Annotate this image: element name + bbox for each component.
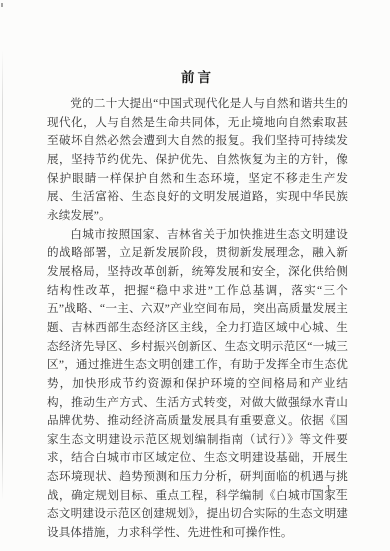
- page-content: 前言 党的二十大提出“中国式现代化是人与自然和谐共生的现代化，人与自然是生命共同…: [47, 66, 348, 543]
- page-title: 前言: [47, 66, 348, 86]
- document-page: 前言 党的二十大提出“中国式现代化是人与自然和谐共生的现代化，人与自然是生命共同…: [0, 0, 390, 551]
- paragraph-preface-2: 白城市按照国家、吉林省关于加快推进生态文明建设的战略部署，立足新发展阶段，贯彻新…: [47, 226, 348, 543]
- scan-edge-artifact: [2, 50, 3, 500]
- page-number: — 1 —: [310, 483, 348, 495]
- scan-speck-artifact: [1, 3, 3, 7]
- paragraph-preface-1: 党的二十大提出“中国式现代化是人与自然和谐共生的现代化，人与自然是生命共同体，无…: [47, 95, 348, 226]
